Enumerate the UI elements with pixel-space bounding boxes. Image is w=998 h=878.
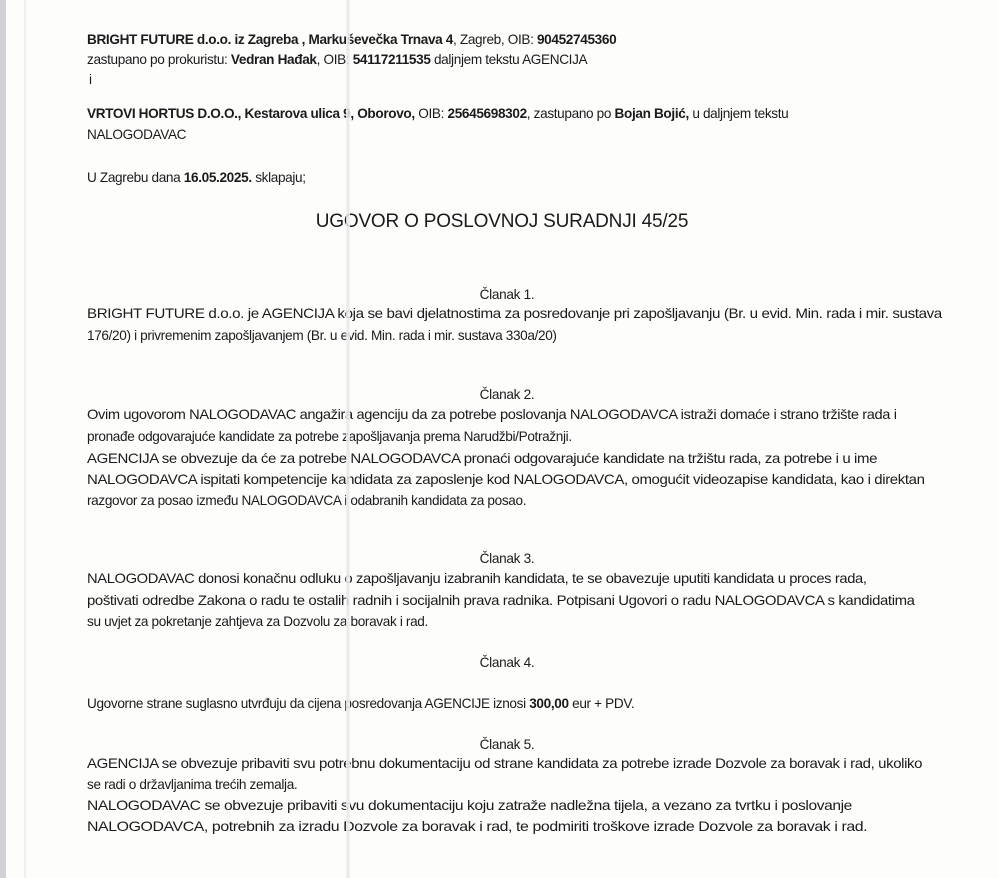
agency-name: BRIGHT FUTURE d.o.o. iz Zagreba (87, 32, 298, 47)
article-3-line: su uvjet za pokretanje zahtjeva za Dozvo… (87, 614, 428, 630)
price-prefix: Ugovorne strane suglasno utvrđuju da cij… (87, 696, 526, 711)
client-oib-label: OIB: (418, 106, 444, 121)
article-2-heading: Članak 2. (0, 387, 998, 403)
place-prefix: U Zagrebu dana (87, 170, 180, 185)
contract-page: BRIGHT FUTURE d.o.o. iz Zagreba , Markuš… (0, 0, 998, 878)
agency-city: Zagreb (460, 32, 501, 47)
article-2-line: NALOGODAVCA ispitati kompetencije kandid… (87, 472, 925, 488)
price-amount: 300,00 (529, 696, 568, 711)
conjunction: i (89, 72, 92, 88)
agency-line: BRIGHT FUTURE d.o.o. iz Zagreba , Markuš… (87, 32, 616, 48)
article-2-line: AGENCIJA se obvezuje da će za potrebe NA… (87, 451, 877, 467)
client-name: VRTOVI HORTUS D.O.O., Kestarova ulica 9,… (87, 106, 415, 121)
article-2-line: pronađe odgovarajuće kandidate za potreb… (87, 429, 572, 445)
agency-address: Markuševečka Trnava 4 (308, 32, 453, 47)
article-1-line: 176/20) i privremenim zapošljavanjem (Br… (87, 328, 557, 344)
agency-oib: 90452745360 (537, 32, 616, 47)
article-4-heading: Članak 4. (0, 655, 998, 671)
client-rep-name: Bojan Bojić, (615, 106, 689, 121)
agency-oib-label: OIB: (508, 32, 534, 47)
article-4-price-line: Ugovorne strane suglasno utvrđuju da cij… (87, 696, 634, 712)
article-1-line: BRIGHT FUTURE d.o.o. je AGENCIJA koja se… (87, 306, 942, 322)
contract-title: UGOVOR O POSLOVNOJ SURADNJI 45/25 (0, 211, 998, 233)
article-1-heading: Članak 1. (0, 287, 998, 303)
article-3-line: NALOGODAVAC donosi konačnu odluku o zapo… (87, 571, 867, 587)
contract-date: 16.05.2025. (184, 170, 252, 185)
agency-rep-oib: 54117211535 (353, 52, 431, 67)
client-suffix: u daljnjem tekstu (692, 106, 788, 121)
place-date-line: U Zagrebu dana 16.05.2025. sklapaju; (87, 170, 306, 186)
article-2-line: razgovor za posao između NALOGODAVCA i o… (87, 493, 526, 509)
client-rep-prefix: zastupano po (534, 106, 611, 121)
article-2-line: Ovim ugovorom NALOGODAVAC angažira agenc… (87, 407, 897, 423)
client-oib: 25645698302 (447, 106, 526, 121)
article-5-line: NALOGODAVCA, potrebnih za izradu Dozvole… (87, 819, 867, 835)
price-suffix: eur + PDV. (572, 696, 634, 711)
agency-rep-prefix: zastupano po prokuristu: (87, 52, 227, 67)
article-5-line: AGENCIJA se obvezuje pribaviti svu potre… (87, 756, 922, 772)
article-3-heading: Članak 3. (0, 551, 998, 567)
article-3-line: poštivati odredbe Zakona o radu te ostal… (87, 593, 915, 609)
place-suffix: sklapaju; (255, 170, 306, 185)
agency-rep-name: Vedran Hađak (231, 52, 317, 67)
article-5-line: NALOGODAVAC se obvezuje pribaviti svu do… (87, 798, 852, 814)
agency-suffix: daljnjem tekstu AGENCIJA (434, 52, 587, 67)
client-role: NALOGODAVAC (87, 127, 186, 143)
scan-fold-line (346, 0, 350, 878)
agency-representative-line: zastupano po prokuristu: Vedran Hađak, O… (87, 52, 587, 68)
article-5-heading: Članak 5. (0, 737, 998, 753)
client-line: VRTOVI HORTUS D.O.O., Kestarova ulica 9,… (87, 106, 788, 122)
article-5-line: se radi o državljanima trećih zemalja. (87, 777, 297, 793)
